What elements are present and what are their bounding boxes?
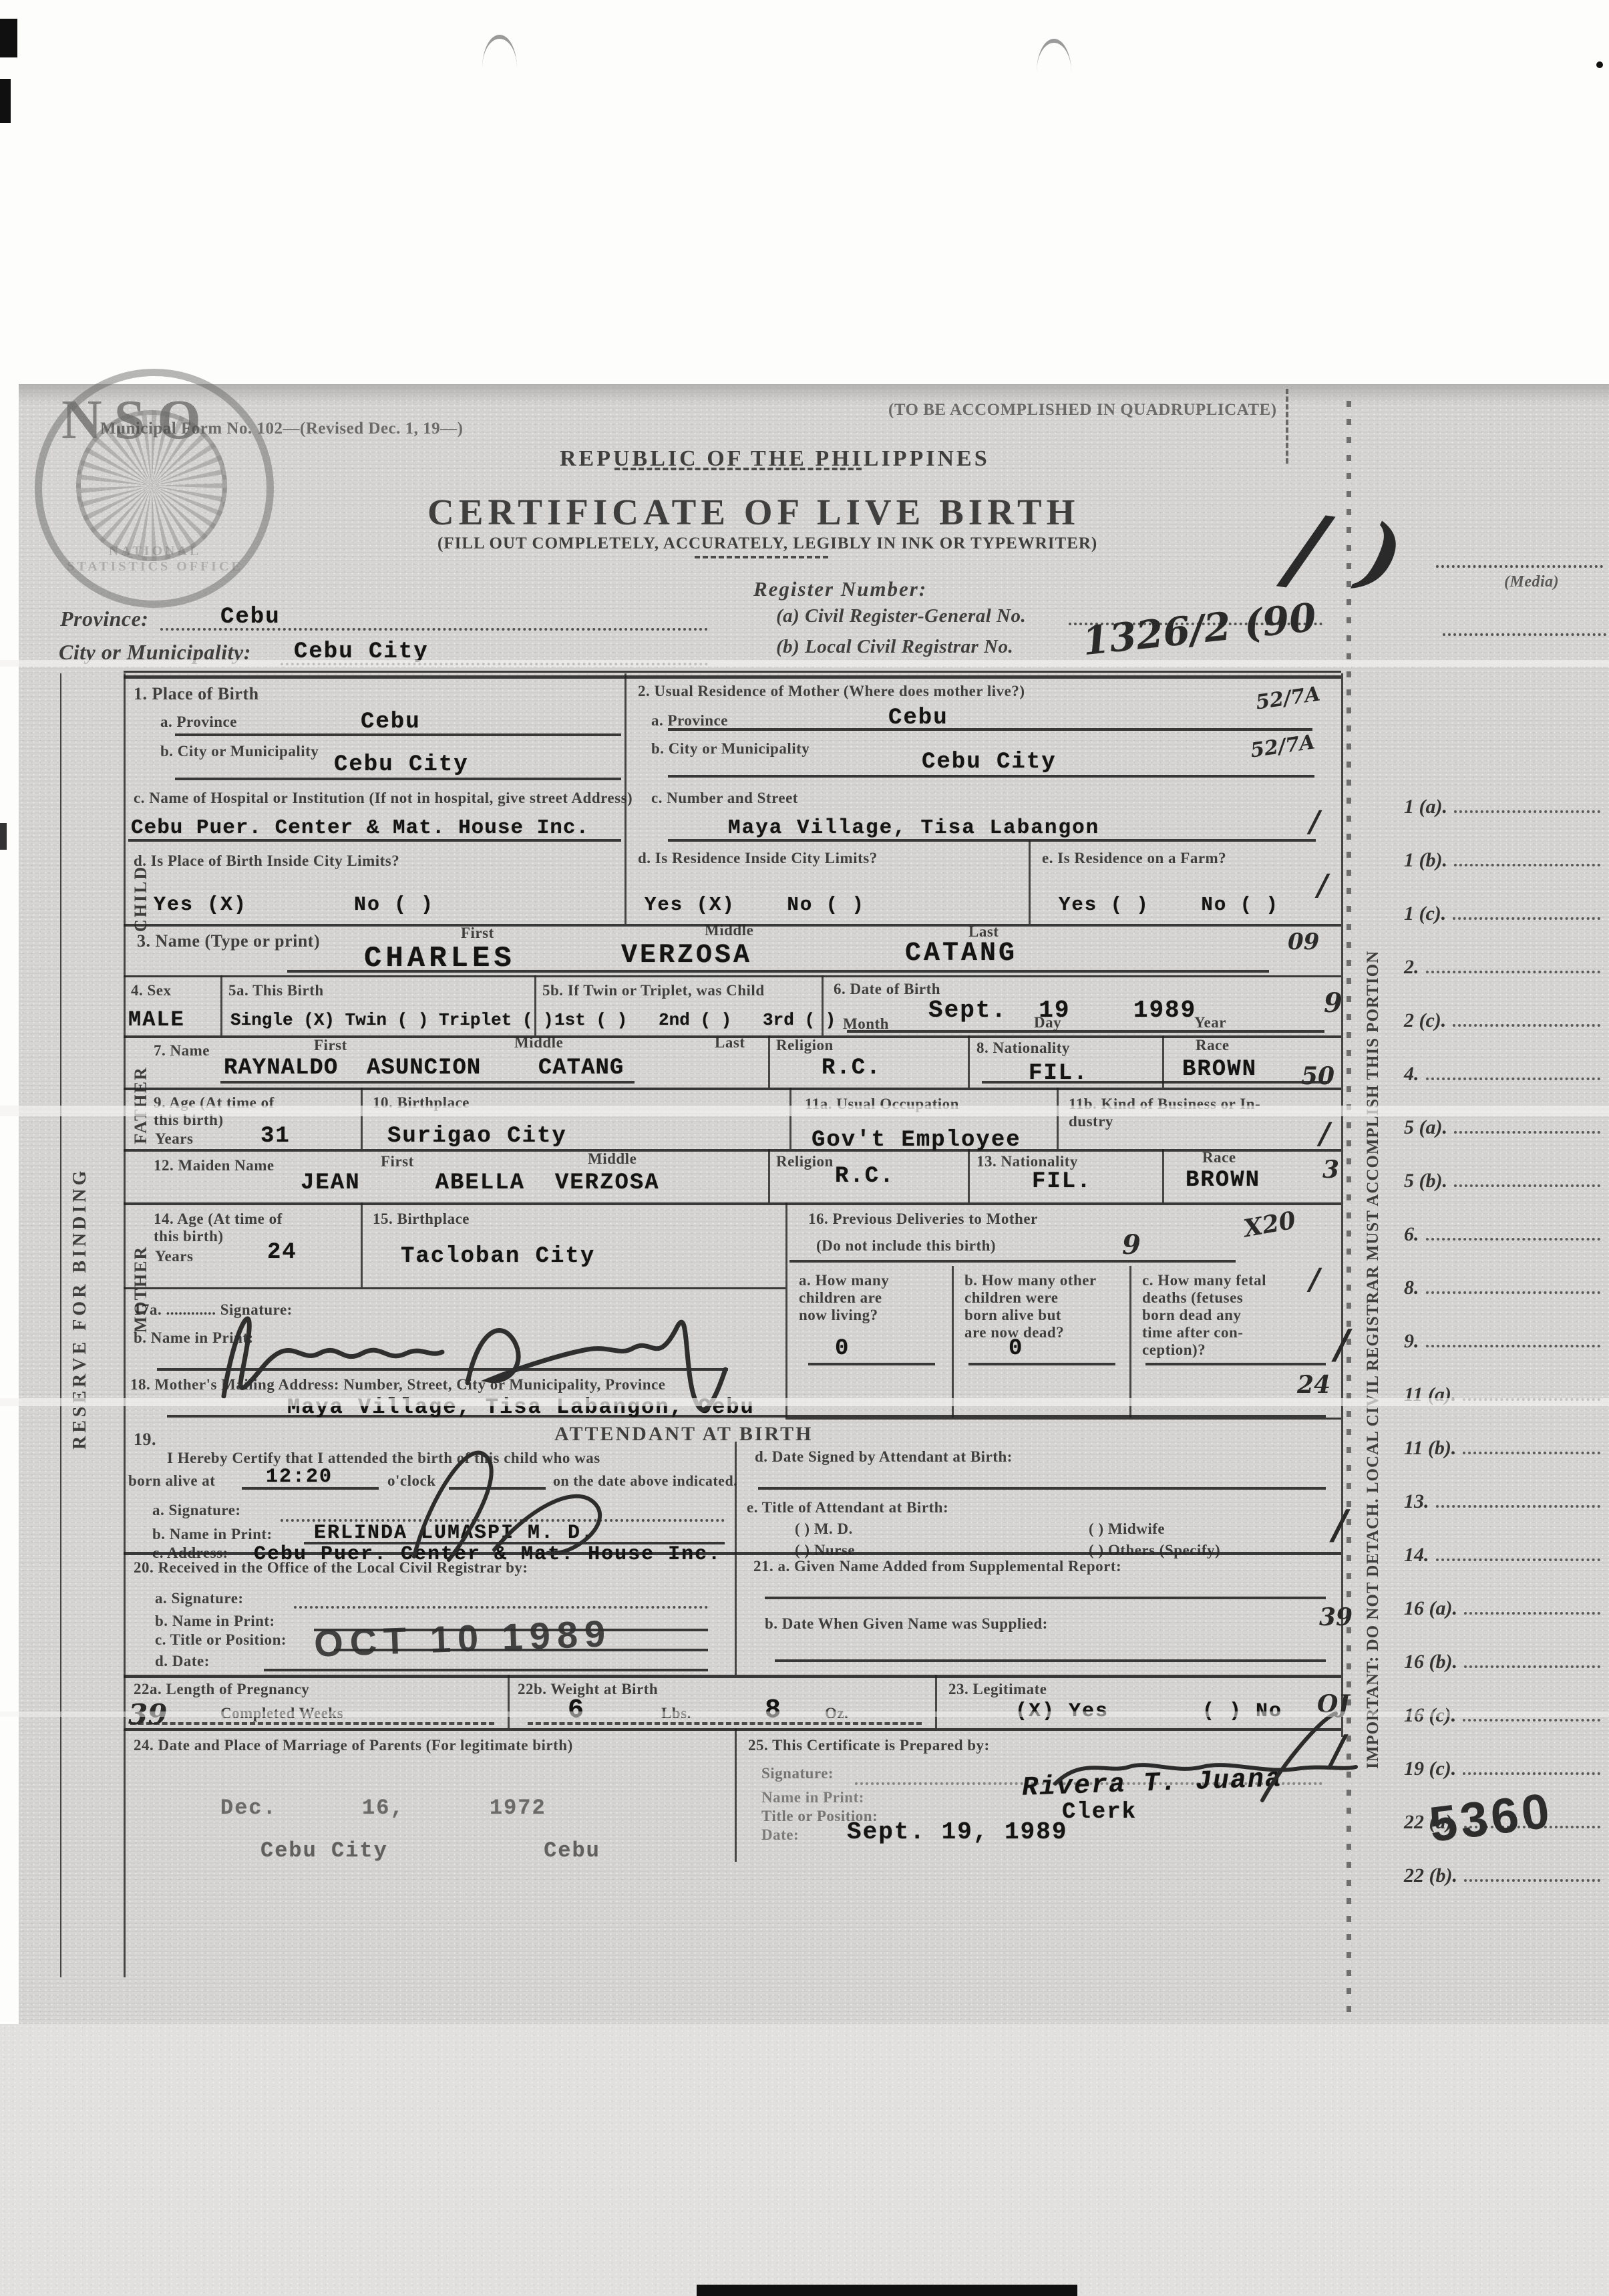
margin-entry-number: 13.: [1404, 1490, 1429, 1513]
item21b-label: b. Date When Given Name was Supplied:: [765, 1615, 1048, 1633]
document-paper-bottom: [0, 2024, 1609, 2296]
mother-nationality-value: FIL.: [1032, 1169, 1092, 1194]
margin-entry: 1 (b).: [1404, 832, 1603, 872]
item20b-label: b. Name in Print:: [155, 1613, 275, 1630]
cell-divider: [1129, 1266, 1131, 1418]
item22b-label: 22b. Weight at Birth: [518, 1681, 658, 1698]
certificate-subtitle: (FILL OUT COMPLETELY, ACCURATELY, LEGIBL…: [437, 534, 1097, 553]
reserve-for-binding-label: RESERVE FOR BINDING: [69, 942, 91, 1450]
local-civil-registrar-label: (b) Local Civil Registrar No.: [776, 636, 1013, 658]
middle-label: Middle: [588, 1150, 637, 1168]
margin-entry-number: 16 (b).: [1404, 1651, 1457, 1673]
father-nationality-value: FIL.: [1029, 1061, 1089, 1086]
handwritten-slash: /: [1319, 1117, 1330, 1151]
margin-entry: 2 (c).: [1404, 992, 1603, 1032]
margin-entry-line: [1436, 1552, 1601, 1561]
item1b-label: b. City or Municipality: [160, 743, 319, 760]
item5b-value: 1st ( ) 2nd ( ) 3rd ( ): [554, 1010, 836, 1030]
subtitle-rule: [695, 556, 828, 558]
margin-entry: 16 (a).: [1404, 1580, 1603, 1620]
blank-line: [264, 1669, 708, 1671]
marriage-place-value: Cebu City Cebu: [260, 1838, 600, 1863]
margin-top-line: [1436, 565, 1603, 568]
father-birthplace-value: Surigao City: [387, 1124, 567, 1149]
margin-entry: 11 (b).: [1404, 1420, 1603, 1460]
item16-label: 16. Previous Deliveries to Mother: [808, 1210, 1038, 1228]
nso-seal: NSO NATIONAL STATISTICS OFFICE: [35, 369, 275, 609]
scan-streak: [0, 1711, 1609, 1717]
margin-entry-number: 8.: [1404, 1277, 1419, 1299]
father-age-value: 31: [260, 1124, 291, 1149]
margin-entry-line: [1463, 1445, 1600, 1454]
scan-streak: [0, 1106, 1609, 1116]
margin-entry: 4.: [1404, 1045, 1603, 1086]
cell-divider: [735, 1552, 737, 1675]
media-note: (Media): [1504, 573, 1559, 591]
mother-race-value: BROWN: [1186, 1168, 1260, 1193]
mother-religion-value: R.C.: [835, 1164, 895, 1189]
margin-entry-number: 1 (a).: [1404, 796, 1447, 818]
item16a-label: a. How many children are now living?: [799, 1272, 889, 1324]
margin-entry-line: [1436, 1498, 1601, 1508]
scan-edge-mark: [0, 823, 7, 850]
item13-label: 13. Nationality: [976, 1153, 1078, 1170]
registrar-margin-list: 1 (a). 1 (b). 1 (c). 2. 2 (c). 4. 5 (a).…: [1404, 778, 1603, 1914]
corner-arc-mark: [482, 35, 517, 68]
blank-line: [775, 1659, 1326, 1662]
row-border: [124, 975, 1341, 977]
row-border: [124, 1202, 1341, 1205]
margin-entry-number: 11 (b).: [1404, 1437, 1456, 1460]
short-dashed-vertical: [1286, 389, 1288, 464]
child-last-name: CATANG: [905, 939, 1017, 969]
margin-entry: 14.: [1404, 1526, 1603, 1567]
item14-label: 14. Age (At time of this birth): [154, 1210, 354, 1245]
item1c-label: c. Name of Hospital or Institution (If n…: [134, 790, 608, 807]
item5b-label: 5b. If Twin or Triplet, was Child: [542, 982, 816, 999]
race-label: Race: [1202, 1149, 1236, 1166]
weight-oz-value: 8: [765, 1695, 782, 1726]
margin-entry-number: 9.: [1404, 1330, 1419, 1353]
item25-name-label: Name in Print:: [761, 1789, 864, 1806]
underline: [668, 728, 1312, 731]
margin-entry-line: [1464, 1659, 1600, 1668]
important-vertical-note: IMPORTANT: DO NOT DETACH. LOCAL CIVIL RE…: [1364, 673, 1383, 1769]
item19d-label: d. Date Signed by Attendant at Birth:: [755, 1448, 1013, 1466]
middle-label: Middle: [514, 1034, 563, 1051]
item20c-label: c. Title or Position:: [155, 1631, 287, 1649]
item12-label: 12. Maiden Name: [154, 1157, 275, 1174]
scan-streak: [0, 660, 1609, 667]
cell-divider: [968, 1149, 970, 1202]
item1d-value: Yes (X) No ( ): [154, 894, 434, 917]
item19b-label: b. Name in Print:: [152, 1526, 273, 1543]
row-border: [124, 1088, 1341, 1090]
margin-entry-number: 19 (c).: [1404, 1758, 1456, 1780]
item2e-value: Yes ( ) No ( ): [1059, 894, 1279, 916]
marriage-date-value: Dec. 16, 1972: [220, 1796, 546, 1820]
margin-entry-number: 14.: [1404, 1544, 1429, 1567]
margin-entry: 22 (b).: [1404, 1847, 1603, 1887]
item21a-label: 21. a. Given Name Added from Supplementa…: [753, 1558, 1121, 1575]
handwritten-slash: /: [1332, 1502, 1347, 1548]
item1a-label: a. Province: [160, 713, 237, 731]
province-label: Province:: [60, 607, 148, 631]
race-label: Race: [1196, 1037, 1230, 1054]
margin-entry: 16 (b).: [1404, 1633, 1603, 1673]
item2-label: 2. Usual Residence of Mother (Where does…: [638, 683, 1025, 700]
item1b-value: Cebu City: [334, 752, 469, 778]
cell-divider: [768, 1035, 770, 1088]
scan-dot: [1596, 61, 1603, 68]
margin-entry: 6.: [1404, 1206, 1603, 1246]
item25-date-label: Date:: [761, 1826, 799, 1844]
republic-heading: REPUBLIC OF THE PHILIPPINES: [560, 446, 990, 472]
date-of-birth-value: Sept. 19 1989: [928, 997, 1196, 1024]
item19e-label: e. Title of Attendant at Birth:: [747, 1499, 948, 1516]
form-right-border: [1341, 673, 1343, 1737]
margin-entry-line: [1426, 1071, 1601, 1080]
cell-divider: [789, 1088, 791, 1149]
annotation-father-race: 50: [1301, 1062, 1334, 1090]
margin-entry-line: [1464, 1872, 1600, 1882]
underline: [968, 1363, 1115, 1365]
year-label: Year: [1194, 1014, 1226, 1031]
item16b-value: 0: [1009, 1336, 1023, 1361]
section-border: [124, 1675, 1341, 1678]
item1-label: 1. Place of Birth: [134, 684, 259, 704]
attendant-midwife-option: ( ) Midwife: [1089, 1520, 1165, 1538]
item16c-label: c. How many fetal deaths (fetuses born d…: [1142, 1272, 1266, 1359]
underline: [808, 1363, 935, 1365]
item24-label: 24. Date and Place of Marriage of Parent…: [134, 1737, 573, 1754]
item8-label: 8. Nationality: [976, 1039, 1070, 1057]
handwritten-slash: /: [1334, 1321, 1349, 1368]
item2c-value: Maya Village, Tisa Labangon: [728, 816, 1099, 840]
margin-entry-line: [1453, 911, 1600, 920]
item23-label: 23. Legitimate: [948, 1681, 1047, 1698]
item25-signature-label: Signature:: [761, 1765, 834, 1782]
mother-birthplace-value: Tacloban City: [401, 1244, 595, 1269]
preparer-signature: [1042, 1710, 1363, 1804]
row-border-right: [785, 1418, 1341, 1420]
margin-entry: 1 (a).: [1404, 778, 1603, 818]
underline: [175, 778, 621, 780]
cell-divider: [361, 1088, 363, 1149]
margin-entry: 13.: [1404, 1473, 1603, 1513]
item1d-label: d. Is Place of Birth Inside City Limits?: [134, 852, 399, 870]
margin-entry-line: [1454, 804, 1600, 813]
margin-entry-number: 16 (a).: [1404, 1597, 1457, 1620]
cell-divider: [220, 975, 222, 1035]
item25-label: 25. This Certificate is Prepared by:: [748, 1737, 990, 1754]
mother-maiden-name-value: JEAN ABELLA VERZOSA: [301, 1170, 660, 1196]
underline: [130, 1722, 494, 1725]
margin-entry: 16 (c).: [1404, 1687, 1603, 1727]
item16b-label: b. How many other children were born ali…: [964, 1272, 1097, 1341]
first-label: First: [461, 925, 494, 942]
annotation-mother-race: 3: [1322, 1156, 1339, 1184]
form-left-border: [124, 673, 126, 1977]
cell-divider: [785, 1202, 787, 1418]
margin-entry-line: [1426, 1285, 1601, 1294]
civil-register-general-label: (a) Civil Register-General No.: [776, 605, 1026, 627]
cell-divider: [1029, 840, 1031, 924]
mother-age-value: 24: [267, 1240, 297, 1265]
item1c-value: Cebu Puer. Center & Mat. House Inc.: [131, 816, 589, 840]
item2d-value: Yes (X) No ( ): [645, 894, 865, 916]
margin-entry-line: [1454, 1124, 1600, 1134]
margin-entry-number: 2 (c).: [1404, 1009, 1446, 1032]
margin-entry: 8.: [1404, 1259, 1603, 1299]
quadruplicate-note: (TO BE ACCOMPLISHED IN QUADRUPLICATE): [888, 401, 1277, 420]
handwritten-slash: /: [1309, 1263, 1320, 1297]
margin-entry-line: [1426, 964, 1601, 973]
margin-entry: 9.: [1404, 1313, 1603, 1353]
annotation-given-name: 39: [1319, 1603, 1353, 1631]
scan-edge-mark: [0, 79, 11, 123]
margin-top-line2: [1443, 633, 1606, 636]
cell-divider: [1162, 1035, 1164, 1088]
cell-divider: [952, 1266, 954, 1418]
item2b-label: b. City or Municipality: [651, 740, 810, 758]
margin-entry-line: [1454, 857, 1600, 866]
underline: [528, 1722, 922, 1725]
scan-edge-mark: [0, 19, 17, 57]
item19-number: 19.: [134, 1430, 156, 1450]
margin-entry-line: [1463, 1766, 1600, 1775]
first-label: First: [381, 1153, 414, 1170]
underline: [758, 1487, 1326, 1490]
years-label: Years: [155, 1130, 193, 1148]
cell-divider: [1162, 1149, 1164, 1202]
scan-bottom-bar: [697, 2285, 1077, 2296]
margin-entry: 1 (c).: [1404, 885, 1603, 925]
cell-divider: [508, 1675, 510, 1728]
preparer-date-value: Sept. 19, 1989: [847, 1818, 1067, 1846]
blank-line: [294, 1606, 708, 1609]
sex-value: MALE: [128, 1007, 185, 1032]
annotation-mailing: 24: [1297, 1371, 1330, 1399]
item2e-label: e. Is Residence on a Farm?: [1042, 850, 1336, 867]
item4-label: 4. Sex: [131, 982, 172, 999]
cell-divider: [968, 1035, 970, 1088]
weight-lbs-value: 6: [568, 1695, 585, 1726]
binding-line: [60, 673, 61, 1977]
margin-entry-line: [1453, 1017, 1600, 1027]
margin-entry-line: [1426, 1338, 1601, 1347]
item22a-label: 22a. Length of Pregnancy: [134, 1681, 309, 1698]
child-middle-name: VERZOSA: [621, 941, 752, 971]
margin-entry: 19 (c).: [1404, 1740, 1603, 1780]
margin-entry-number: 1 (b).: [1404, 849, 1447, 872]
mother-section-label: MOTHER: [131, 1179, 151, 1400]
previous-deliveries-value: 9: [1122, 1229, 1141, 1261]
handwritten-slash: /: [1317, 868, 1328, 903]
attendant-md-option: ( ) M. D.: [795, 1520, 853, 1538]
margin-entry-line: [1454, 1178, 1600, 1187]
item19a-label: a. Signature:: [152, 1502, 241, 1519]
underline: [1145, 1363, 1326, 1365]
last-label: Last: [715, 1034, 745, 1051]
form-top-border2: [124, 675, 1341, 679]
father-race-value: BROWN: [1182, 1057, 1257, 1082]
item5a-label: 5a. This Birth: [228, 982, 324, 999]
item16-sub-label: (Do not include this birth): [816, 1237, 996, 1255]
cell-divider: [768, 1149, 770, 1202]
seal-abbreviation: NSO: [61, 387, 213, 452]
certificate-title: CERTIFICATE OF LIVE BIRTH: [427, 491, 1079, 533]
cell-divider: [735, 1728, 737, 1862]
religion-label: Religion: [776, 1037, 834, 1054]
margin-entry-line: [1464, 1605, 1600, 1615]
margin-entry-number: 4.: [1404, 1063, 1419, 1086]
attendant-nurse-option: ( ) Nurse: [795, 1542, 855, 1559]
scan-streak: [0, 1398, 1609, 1406]
margin-entry-number: 6.: [1404, 1223, 1419, 1246]
register-number-label: Register Number:: [753, 577, 927, 601]
row-border: [124, 1149, 1341, 1152]
item20d-label: d. Date:: [155, 1653, 210, 1670]
item15-label: 15. Birthplace: [373, 1210, 470, 1228]
cell-divider: [1057, 1088, 1059, 1149]
scanned-birth-certificate: NSO NATIONAL STATISTICS OFFICE Municipal…: [0, 0, 1609, 2296]
month-label: Month: [843, 1015, 889, 1033]
blank-line: [765, 1597, 1326, 1599]
item2a-label: a. Province: [651, 712, 728, 729]
item16a-value: 0: [835, 1336, 850, 1361]
underline: [668, 775, 1314, 778]
margin-entry-number: 5 (a).: [1404, 1116, 1447, 1139]
underline: [220, 1081, 635, 1084]
attendant-others-option: ( ) Others (Specify): [1089, 1542, 1220, 1559]
cell-divider: [935, 1675, 937, 1728]
cell-divider: [735, 1442, 737, 1552]
item20a-label: a. Signature:: [155, 1590, 244, 1607]
first-label: First: [314, 1037, 347, 1054]
margin-entry-number: 1 (c).: [1404, 903, 1446, 925]
annotation-name-row: 09: [1288, 929, 1319, 955]
birth-time-value: 12:20: [266, 1466, 333, 1488]
item2c-label: c. Number and Street: [651, 790, 798, 807]
certify-born-alive: born alive at: [128, 1472, 215, 1490]
item3-label: 3. Name (Type or print): [137, 931, 320, 951]
underline: [847, 1030, 1324, 1033]
item2d-label: d. Is Residence Inside City Limits?: [638, 850, 1012, 867]
father-occupation-value: Gov't Employee: [812, 1128, 1021, 1153]
underline: [789, 1260, 1236, 1263]
years-label: Years: [155, 1248, 193, 1265]
handwritten-slash: /: [1309, 805, 1320, 839]
father-name-value: RAYNALDO ASUNCION CATANG: [224, 1055, 624, 1081]
margin-entry: 2.: [1404, 939, 1603, 979]
annotation-date-row: 9: [1324, 987, 1343, 1019]
item2a-value: Cebu: [888, 705, 948, 731]
father-signature: [187, 1289, 735, 1413]
form-top-border: [124, 671, 1341, 673]
margin-entry-number: 5 (b).: [1404, 1170, 1447, 1192]
item5a-value: Single (X) Twin ( ) Triplet ( ): [230, 1010, 554, 1030]
item7-label: 7. Name: [154, 1042, 210, 1059]
margin-entry-number: 2.: [1404, 956, 1419, 979]
item2b-value: Cebu City: [922, 750, 1057, 775]
cell-divider: [361, 1202, 363, 1287]
item6-label: 6. Date of Birth: [834, 981, 940, 998]
margin-entry-number: 22 (b).: [1404, 1864, 1457, 1887]
margin-entry: 5 (b).: [1404, 1152, 1603, 1192]
margin-entry-line: [1426, 1231, 1601, 1241]
religion-label: Religion: [776, 1153, 834, 1170]
margin-entry: 5 (a).: [1404, 1099, 1603, 1139]
corner-arc-mark: [1037, 39, 1071, 72]
middle-label: Middle: [705, 922, 753, 939]
father-religion-value: R.C.: [822, 1055, 882, 1081]
item1a-value: Cebu: [361, 709, 421, 735]
attendant-signature: [374, 1430, 721, 1563]
child-first-name: CHARLES: [364, 942, 516, 975]
seal-ring-text: NATIONAL STATISTICS OFFICE: [55, 544, 255, 575]
